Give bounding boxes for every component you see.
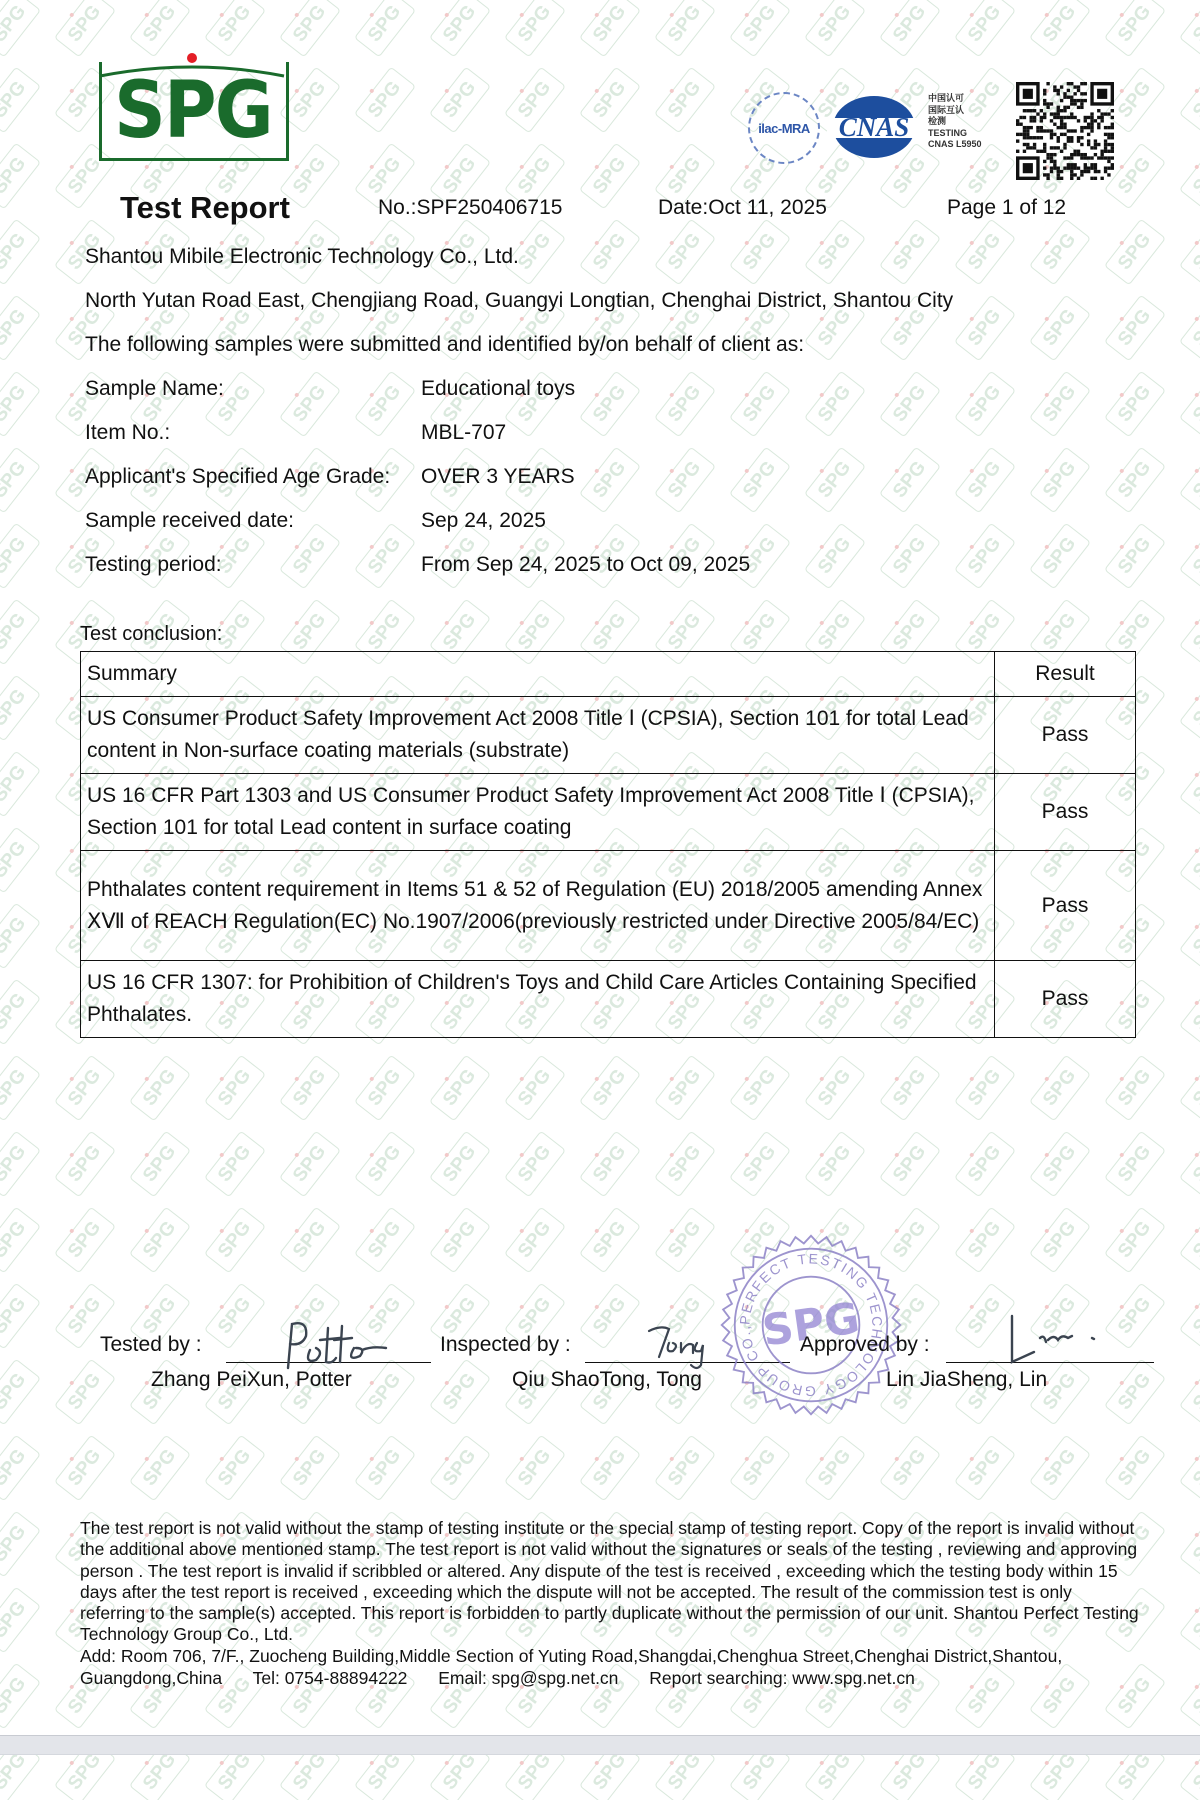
approved-by-signature-icon bbox=[1000, 1312, 1110, 1367]
table-header-row: Summary Result bbox=[81, 652, 1136, 697]
summary-cell: Phthalates content requirement in Items … bbox=[81, 851, 995, 961]
age-grade-label: Applicant's Specified Age Grade: bbox=[85, 465, 390, 489]
result-cell: Pass bbox=[995, 697, 1136, 774]
cnas-caption: 中国认可 国际互认 检测 TESTING CNAS L5950 bbox=[928, 93, 982, 151]
report-number: No.:SPF250406715 bbox=[378, 196, 562, 220]
test-conclusion-table: Summary Result US Consumer Product Safet… bbox=[80, 651, 1136, 1038]
item-no-value: MBL-707 bbox=[421, 421, 506, 445]
qr-code-icon[interactable] bbox=[1016, 82, 1114, 180]
approved-by-label: Approved by : bbox=[800, 1333, 930, 1357]
testing-period-label: Testing period: bbox=[85, 553, 222, 577]
received-date-label: Sample received date: bbox=[85, 509, 294, 533]
tested-by-signature-icon bbox=[280, 1318, 390, 1373]
table-row: US Consumer Product Safety Improvement A… bbox=[81, 697, 1136, 774]
summary-cell: US 16 CFR Part 1303 and US Consumer Prod… bbox=[81, 774, 995, 851]
summary-column-header: Summary bbox=[81, 652, 995, 697]
report-search-link[interactable]: Report searching: www.spg.net.cn bbox=[649, 1668, 915, 1688]
age-grade-value: OVER 3 YEARS bbox=[421, 465, 575, 489]
result-column-header: Result bbox=[995, 652, 1136, 697]
testing-period-value: From Sep 24, 2025 to Oct 09, 2025 bbox=[421, 553, 750, 577]
logo-text: SPG bbox=[112, 66, 274, 156]
tested-by-name: Zhang PeiXun, Potter bbox=[151, 1368, 352, 1392]
ilac-mra-logo: ilac-MRA bbox=[748, 92, 820, 164]
page-number: Page 1 of 12 bbox=[947, 196, 1066, 220]
result-cell: Pass bbox=[995, 774, 1136, 851]
received-date-value: Sep 24, 2025 bbox=[421, 509, 546, 533]
client-name: Shantou Mibile Electronic Technology Co.… bbox=[85, 245, 519, 269]
lab-email[interactable]: Email: spg@spg.net.cn bbox=[438, 1668, 618, 1688]
summary-cell: US Consumer Product Safety Improvement A… bbox=[81, 697, 995, 774]
inspected-by-label: Inspected by : bbox=[440, 1333, 571, 1357]
inspected-by-name: Qiu ShaoTong, Tong bbox=[512, 1368, 702, 1392]
approved-by-name: Lin JiaSheng, Lin bbox=[886, 1368, 1047, 1392]
cnas-logo: CNAS bbox=[833, 96, 915, 158]
table-row: Phthalates content requirement in Items … bbox=[81, 851, 1136, 961]
inspected-by-signature-icon bbox=[645, 1323, 715, 1373]
sample-name-value: Educational toys bbox=[421, 377, 575, 401]
page-separator bbox=[0, 1735, 1200, 1755]
cnas-label: CNAS bbox=[839, 112, 910, 143]
report-title: Test Report bbox=[120, 190, 290, 226]
company-seal-stamp-icon: PERFECT TESTING TECHNOLOGY GROUP CO.,LTD… bbox=[718, 1232, 904, 1418]
result-cell: Pass bbox=[995, 851, 1136, 961]
lab-address: Add: Room 706, 7/F., Zuocheng Building,M… bbox=[80, 1646, 1062, 1667]
report-header: Test Report No.:SPF250406715 Date:Oct 11… bbox=[0, 190, 1200, 230]
summary-cell: US 16 CFR 1307: for Prohibition of Child… bbox=[81, 961, 995, 1038]
lab-contact-row: Guangdong,China Tel: 0754-88894222 Email… bbox=[80, 1668, 941, 1689]
lab-address-line2: Guangdong,China bbox=[80, 1668, 222, 1688]
item-no-label: Item No.: bbox=[85, 421, 170, 445]
client-address: North Yutan Road East, Chengjiang Road, … bbox=[85, 289, 953, 313]
disclaimer-text: The test report is not valid without the… bbox=[80, 1518, 1140, 1646]
sample-name-label: Sample Name: bbox=[85, 377, 224, 401]
table-row: US 16 CFR 1307: for Prohibition of Child… bbox=[81, 961, 1136, 1038]
ilac-label: ilac-MRA bbox=[758, 121, 810, 136]
test-report-page: SPG ilac-MRA CNAS 中国认可 国际互认 检测 TESTING C… bbox=[0, 0, 1200, 1800]
table-row: US 16 CFR Part 1303 and US Consumer Prod… bbox=[81, 774, 1136, 851]
client-intro: The following samples were submitted and… bbox=[85, 333, 804, 357]
lab-tel: Tel: 0754-88894222 bbox=[253, 1668, 408, 1688]
tested-by-label: Tested by : bbox=[100, 1333, 202, 1357]
result-cell: Pass bbox=[995, 961, 1136, 1038]
spg-logo: SPG bbox=[97, 50, 287, 162]
test-conclusion-label: Test conclusion: bbox=[80, 623, 222, 646]
report-date: Date:Oct 11, 2025 bbox=[658, 196, 827, 220]
